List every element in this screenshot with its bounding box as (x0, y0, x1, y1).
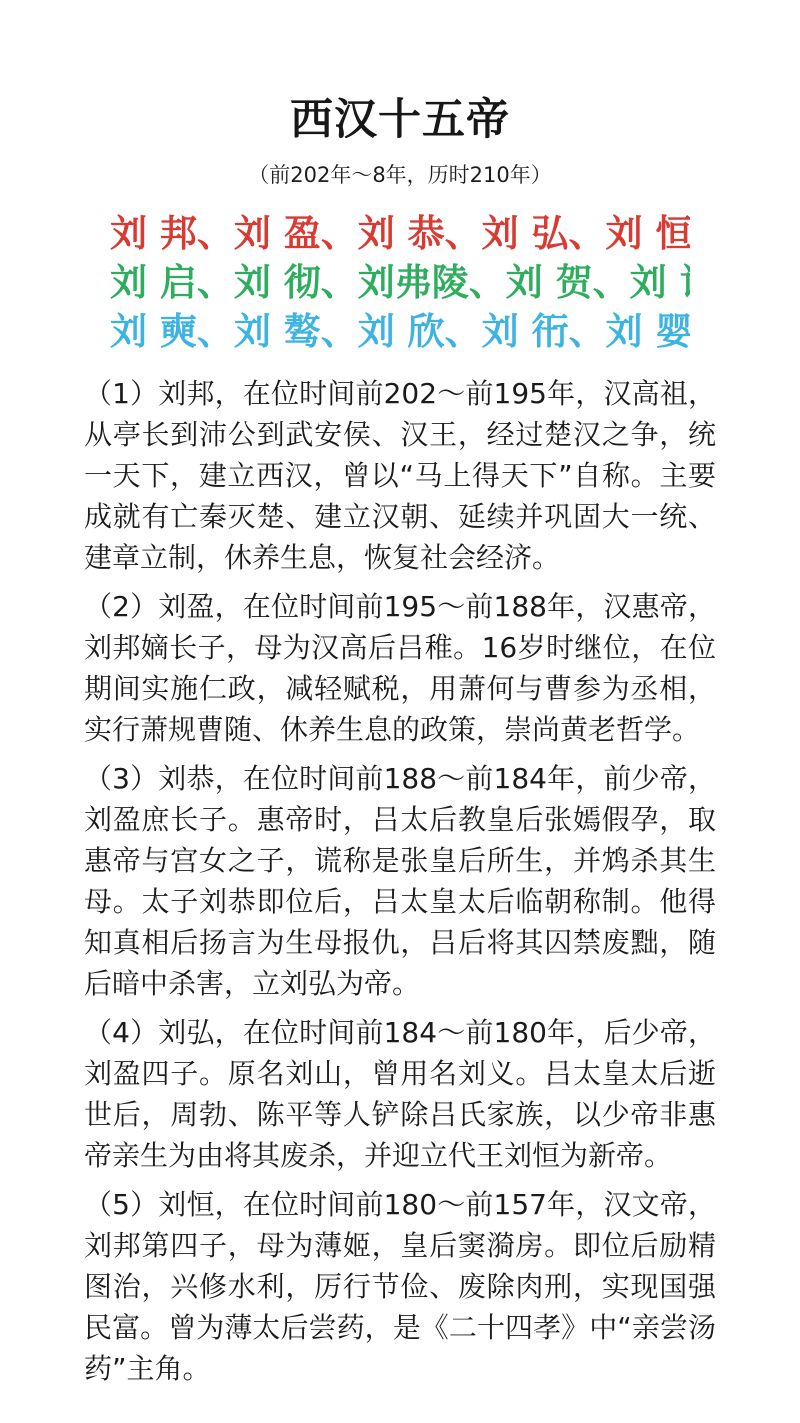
emperor-name-list: 刘 邦、刘 盈、刘 恭、刘 弘、刘 恒 刘 启、刘 彻、刘弗陵、刘 贺、刘 询 … (0, 209, 800, 356)
emperor-row-1: 刘 邦、刘 盈、刘 恭、刘 弘、刘 恒 (110, 209, 690, 258)
document-page: 西汉十五帝 （前202年～8年，历时210年） 刘 邦、刘 盈、刘 恭、刘 弘、… (0, 0, 800, 1423)
paragraph-liu-gong: （3）刘恭，在位时间前188～前184年，前少帝，刘盈庶长子。惠帝时，吕太后教皇… (84, 758, 716, 1004)
emperor-row-2: 刘 启、刘 彻、刘弗陵、刘 贺、刘 询 (110, 258, 690, 307)
paragraph-liu-ying: （2）刘盈，在位时间前195～前188年，汉惠帝，刘邦嫡长子，母为汉高后吕稚。1… (84, 586, 716, 750)
paragraph-liu-bang: （1）刘邦，在位时间前202～前195年，汉高祖，从亭长到沛公到武安侯、汉王，经… (84, 373, 716, 578)
emperor-descriptions: （1）刘邦，在位时间前202～前195年，汉高祖，从亭长到沛公到武安侯、汉王，经… (0, 373, 800, 1389)
emperor-row-3: 刘 奭、刘 骜、刘 欣、刘 衎、刘 婴 (110, 307, 690, 356)
paragraph-liu-heng: （5）刘恒，在位时间前180～前157年，汉文帝，刘邦第四子，母为薄姬，皇后窦漪… (84, 1184, 716, 1389)
page-title: 西汉十五帝 (0, 94, 800, 146)
page-subtitle: （前202年～8年，历时210年） (0, 159, 800, 189)
paragraph-liu-hong: （4）刘弘，在位时间前184～前180年，后少帝，刘盈四子。原名刘山，曾用名刘义… (84, 1012, 716, 1176)
